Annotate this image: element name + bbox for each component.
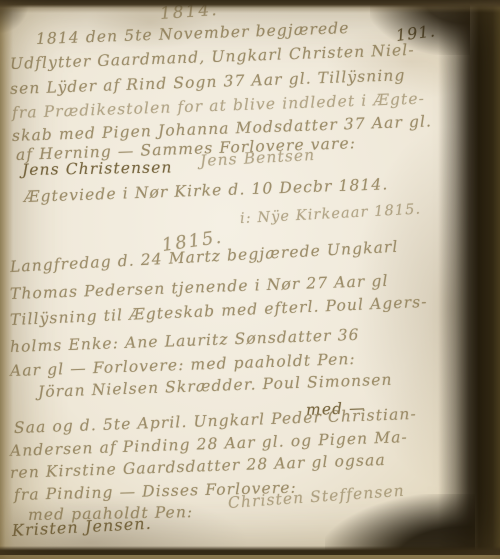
signature-jens-christensen: Jens Christensen [22, 158, 173, 179]
scanned-register-page: 1814. 191. 1814 den 5te November begjære… [0, 0, 500, 559]
table-surface-strip [0, 555, 500, 559]
book-binding-shadow [438, 0, 500, 559]
page-top-edge [0, 0, 500, 13]
page-left-edge [0, 0, 13, 559]
